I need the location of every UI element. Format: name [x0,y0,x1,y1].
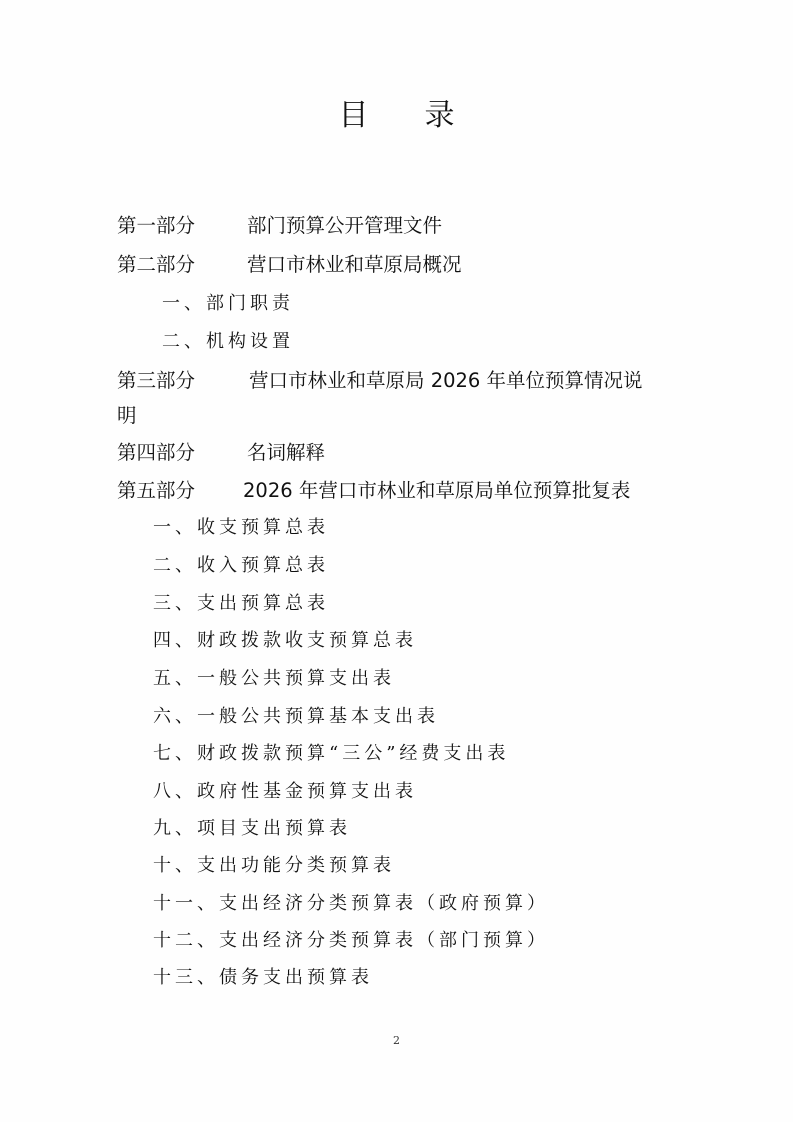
toc-item[interactable]: 三、支出预算总表 [153,589,329,615]
toc-item[interactable]: 八、政府性基金预算支出表 [153,777,417,803]
toc-part-2[interactable]: 第二部分营口市林业和草原局概况 [117,249,462,277]
page-number: 2 [0,1034,793,1047]
part-label: 第四部分 [117,437,243,465]
part-title: 营口市林业和草原局概况 [247,249,462,277]
toc-item[interactable]: 七、财政拨款预算“三公”经费支出表 [153,739,509,765]
toc-item[interactable]: 二、收入预算总表 [153,551,329,577]
part-title: 名词解释 [247,437,325,465]
toc-item[interactable]: 十二、支出经济分类预算表（部门预算） [153,926,549,952]
toc-part-4[interactable]: 第四部分名词解释 [117,437,325,465]
toc-item[interactable]: 十一、支出经济分类预算表（政府预算） [153,889,549,915]
toc-item[interactable]: 一、收支预算总表 [153,513,329,539]
toc-part-3-continuation: 明 [117,400,137,428]
toc-item[interactable]: 十、支出功能分类预算表 [153,851,395,877]
toc-item[interactable]: 十三、债务支出预算表 [153,963,373,989]
toc-item[interactable]: 二、机构设置 [162,327,294,353]
toc-part-3[interactable]: 第三部分营口市林业和草原局 2026 年单位预算情况说 [117,365,643,393]
toc-part-5[interactable]: 第五部分2026 年营口市林业和草原局单位预算批复表 [117,475,630,503]
part-label: 第五部分 [117,475,243,503]
document-page: 目录 第一部分部门预算公开管理文件 第二部分营口市林业和草原局概况 一、部门职责… [0,0,793,1122]
part-label: 第三部分 [117,365,243,393]
part-title: 部门预算公开管理文件 [247,210,442,238]
toc-item[interactable]: 九、项目支出预算表 [153,814,351,840]
part-label: 第一部分 [117,210,243,238]
toc-item[interactable]: 六、一般公共预算基本支出表 [153,702,439,728]
part-title: 营口市林业和草原局 2026 年单位预算情况说 [249,365,643,393]
toc-part-1[interactable]: 第一部分部门预算公开管理文件 [117,210,442,238]
page-title: 目录 [0,90,793,134]
title-char-1: 目 [339,90,369,134]
toc-item[interactable]: 一、部门职责 [162,289,294,315]
part-label: 第二部分 [117,249,243,277]
title-char-2: 录 [425,90,455,134]
toc-item[interactable]: 五、一般公共预算支出表 [153,664,395,690]
toc-item[interactable]: 四、财政拨款收支预算总表 [153,626,417,652]
part-title: 2026 年营口市林业和草原局单位预算批复表 [243,475,630,503]
